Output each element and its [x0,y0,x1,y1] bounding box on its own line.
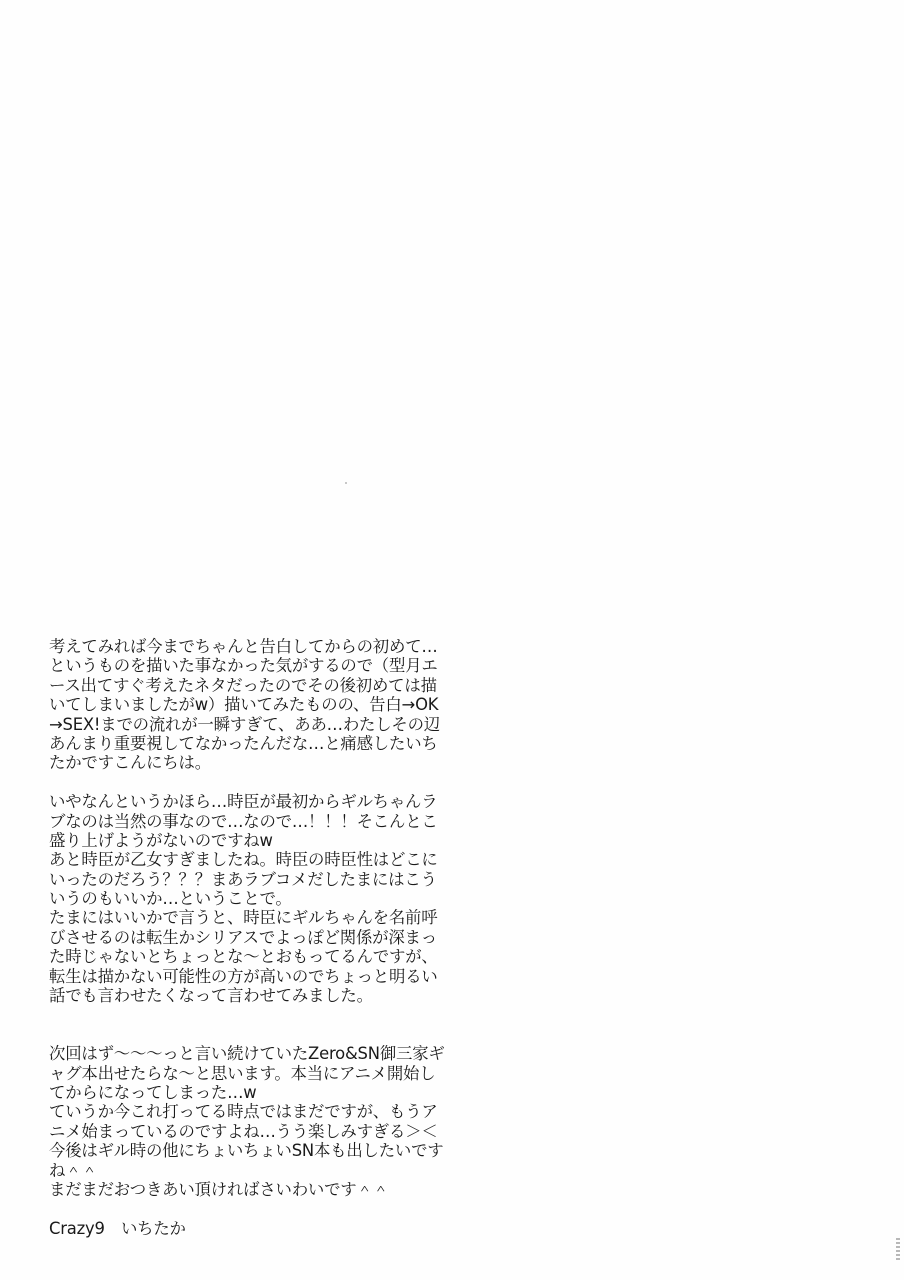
text-line: いったのだろう？？？まあラブコメだしたまにはこう [49,870,449,889]
page-edge-marks [896,1238,900,1260]
text-line: 転生は描かない可能性の方が高いのでちょっと明るい [49,967,449,986]
text-line: ブなのは当然の事なので…なので…！！！そこんとこ [49,812,449,831]
text-line: ース出てすぐ考えたネタだったのでその後初めては描 [49,676,449,695]
author-signature: Crazy9 いちたか [49,1219,449,1238]
text-line: 盛り上げようがないのですねw [49,831,449,850]
text-line: 次回はず〜〜〜っと言い続けていたZero&SN御三家ギ [49,1044,449,1063]
text-line: いうのもいいか…ということで。 [49,889,449,908]
document-page: 考えてみれば今までちゃんと告白してからの初めて… というものを描いた事なかった気… [0,0,904,1280]
text-line: いやなんというかほら…時臣が最初からギルちゃんラ [49,792,449,811]
text-line: びさせるのは転生かシリアスでよっぽど関係が深まっ [49,928,449,947]
text-line: ャグ本出せたらな〜と思います。本当にアニメ開始し [49,1064,449,1083]
paragraph-spacer [49,773,449,792]
text-line: てからになってしまった…w [49,1083,449,1102]
paper-speck [345,482,347,484]
text-line: ていうか今これ打ってる時点ではまだですが、もうア [49,1102,449,1121]
paragraph-closing: 次回はず〜〜〜っと言い続けていたZero&SN御三家ギ ャグ本出せたらな〜と思い… [49,1044,449,1199]
afterword-text-block: 考えてみれば今までちゃんと告白してからの初めて… というものを描いた事なかった気… [49,637,449,1238]
text-line: いてしまいましたがw）描いてみたものの、告白→OK [49,695,449,714]
text-line: 今後はギル時の他にちょいちょいSN本も出したいです [49,1141,449,1160]
paragraph-spacer [49,1005,449,1044]
text-line: た時じゃないとちょっとな〜とおもってるんですが、 [49,947,449,966]
signature: Crazy9 いちたか [49,1219,449,1238]
text-line: 考えてみれば今までちゃんと告白してからの初めて… [49,637,449,656]
text-line: というものを描いた事なかった気がするので（型月エ [49,656,449,675]
paragraph-spacer [49,1199,449,1218]
text-line: →SEX!までの流れが一瞬すぎて、ああ…わたしその辺 [49,715,449,734]
text-line: ね＾＾ [49,1161,449,1180]
text-line: ニメ始まっているのですよね…うう楽しみすぎる＞＜ [49,1122,449,1141]
text-line: 話でも言わせたくなって言わせてみました。 [49,986,449,1005]
text-line: あんまり重要視してなかったんだな…と痛感したいち [49,734,449,753]
paragraph-body: いやなんというかほら…時臣が最初からギルちゃんラ ブなのは当然の事なので…なので… [49,792,449,1005]
text-line: まだまだおつきあい頂ければさいわいです＾＾ [49,1180,449,1199]
paragraph-intro: 考えてみれば今までちゃんと告白してからの初めて… というものを描いた事なかった気… [49,637,449,773]
text-line: たまにはいいかで言うと、時臣にギルちゃんを名前呼 [49,908,449,927]
text-line: たかですこんにちは。 [49,753,449,772]
text-line: あと時臣が乙女すぎましたね。時臣の時臣性はどこに [49,850,449,869]
